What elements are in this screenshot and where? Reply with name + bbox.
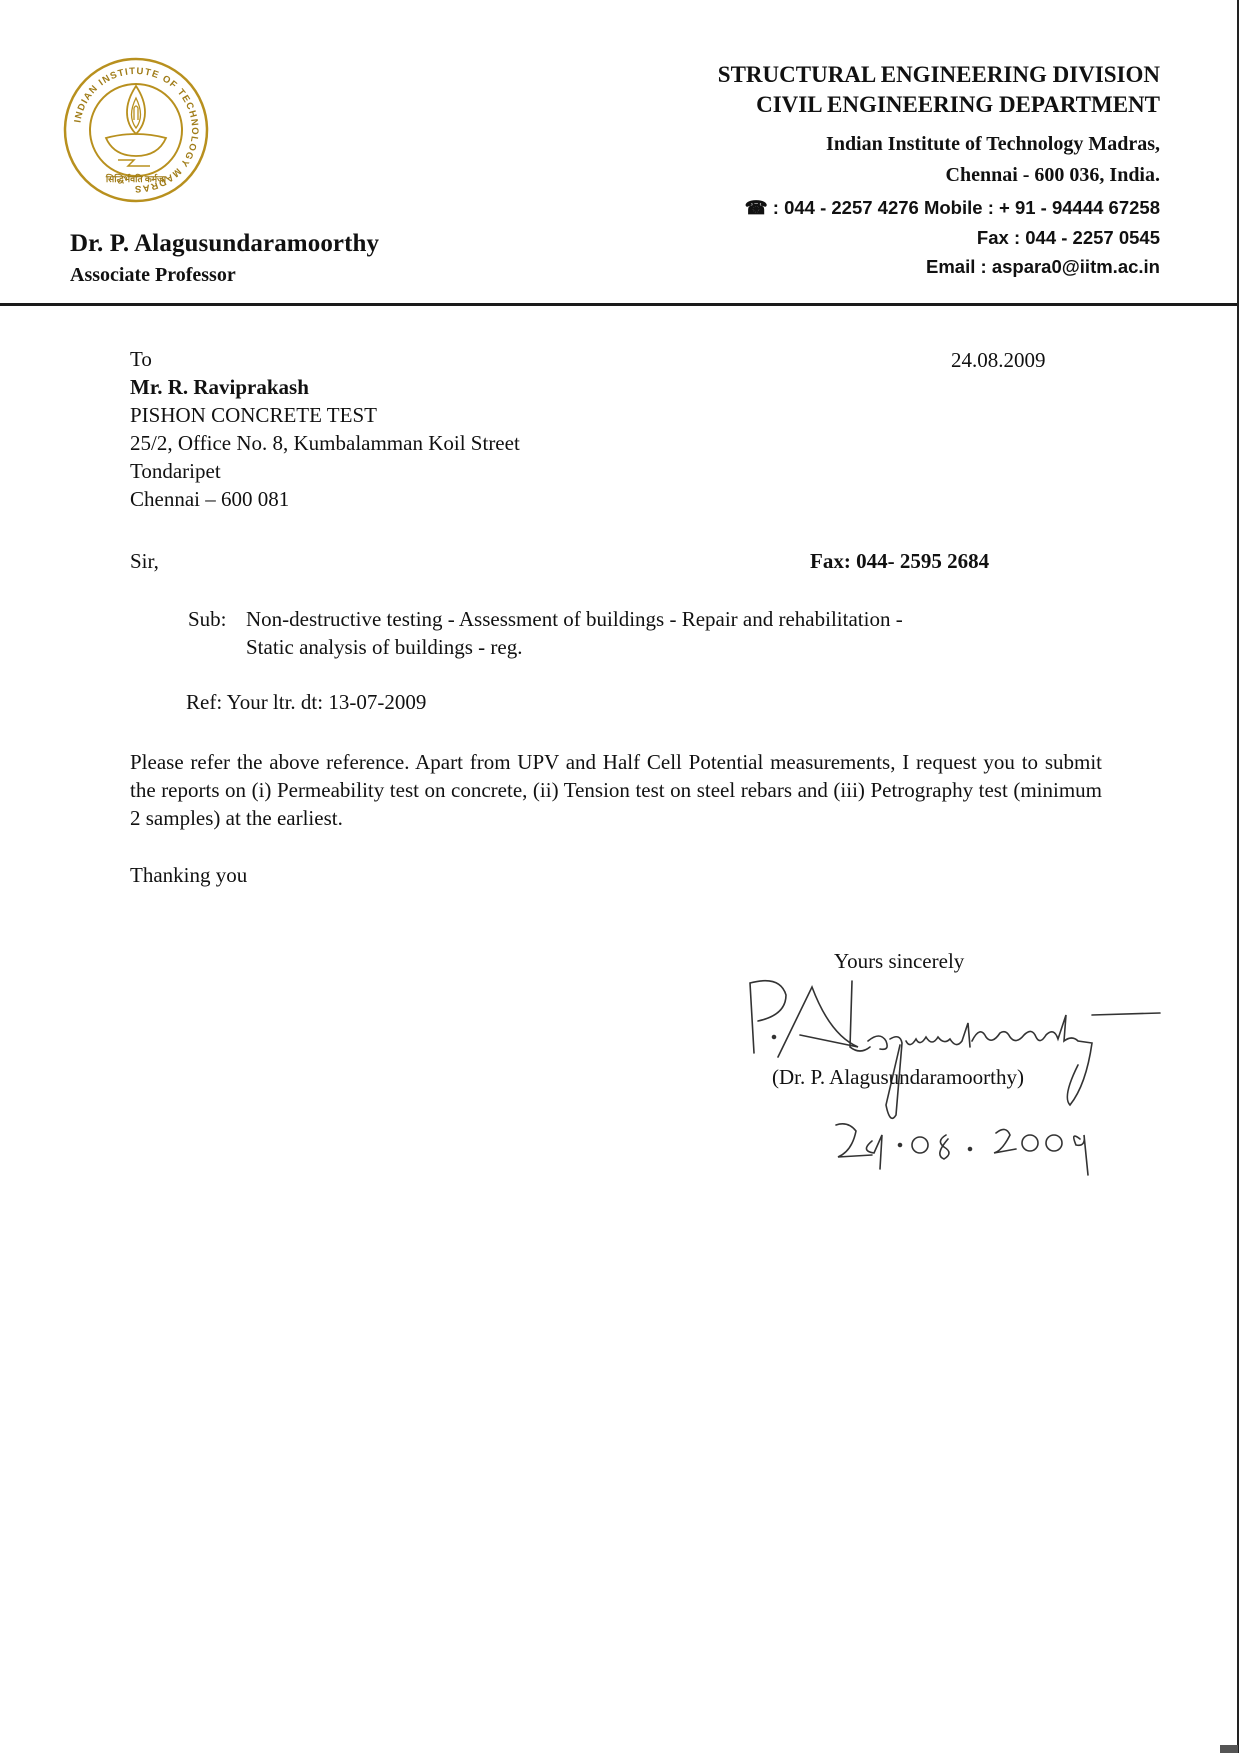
iitm-emblem-icon: INDIAN INSTITUTE OF TECHNOLOGY MADRAS सि… <box>62 56 210 204</box>
recipient-address-line2: Tondaripet <box>130 457 520 485</box>
scan-corner-mark <box>1220 1745 1238 1753</box>
author-name: Dr. P. Alagusundaramoorthy <box>70 230 379 258</box>
institute-city: Chennai - 600 036, India. <box>946 164 1161 187</box>
signatory-name: (Dr. P. Alagusundaramoorthy) <box>772 1063 1024 1091</box>
subject-label: Sub: <box>188 605 227 633</box>
subject-line-2: Static analysis of buildings - reg. <box>246 633 903 661</box>
recipient-block: To Mr. R. Raviprakash PISHON CONCRETE TE… <box>130 345 520 513</box>
svg-text:सिद्धिर्भवति कर्मजा: सिद्धिर्भवति कर्मजा <box>105 173 167 184</box>
recipient-name: Mr. R. Raviprakash <box>130 373 520 401</box>
subject-text: Non-destructive testing - Assessment of … <box>246 605 903 661</box>
body-paragraph: Please refer the above reference. Apart … <box>130 748 1102 832</box>
department-heading: CIVIL ENGINEERING DEPARTMENT <box>756 92 1160 118</box>
division-heading: STRUCTURAL ENGINEERING DIVISION <box>718 62 1160 88</box>
thanks-line: Thanking you <box>130 861 247 889</box>
recipient-fax: Fax: 044- 2595 2684 <box>810 547 989 575</box>
institute-name: Indian Institute of Technology Madras, <box>826 133 1160 156</box>
page-edge-border <box>1237 0 1239 1753</box>
recipient-address-line3: Chennai – 600 081 <box>130 485 520 513</box>
fax-line: Fax : 044 - 2257 0545 <box>977 227 1160 249</box>
recipient-company: PISHON CONCRETE TEST <box>130 401 520 429</box>
closing-line: Yours sincerely <box>834 947 964 975</box>
salutation: Sir, <box>130 547 159 575</box>
reference-line: Ref: Your ltr. dt: 13-07-2009 <box>186 688 426 716</box>
phone-line: ☎ : 044 - 2257 4276 Mobile : + 91 - 9444… <box>745 197 1160 219</box>
email-line: Email : aspara0@iitm.ac.in <box>926 256 1160 278</box>
recipient-address-line1: 25/2, Office No. 8, Kumbalamman Koil Str… <box>130 429 520 457</box>
subject-line-1: Non-destructive testing - Assessment of … <box>246 605 903 633</box>
to-label: To <box>130 345 520 373</box>
header-divider <box>0 303 1237 306</box>
author-title: Associate Professor <box>70 264 236 287</box>
letter-date: 24.08.2009 <box>951 346 1046 374</box>
